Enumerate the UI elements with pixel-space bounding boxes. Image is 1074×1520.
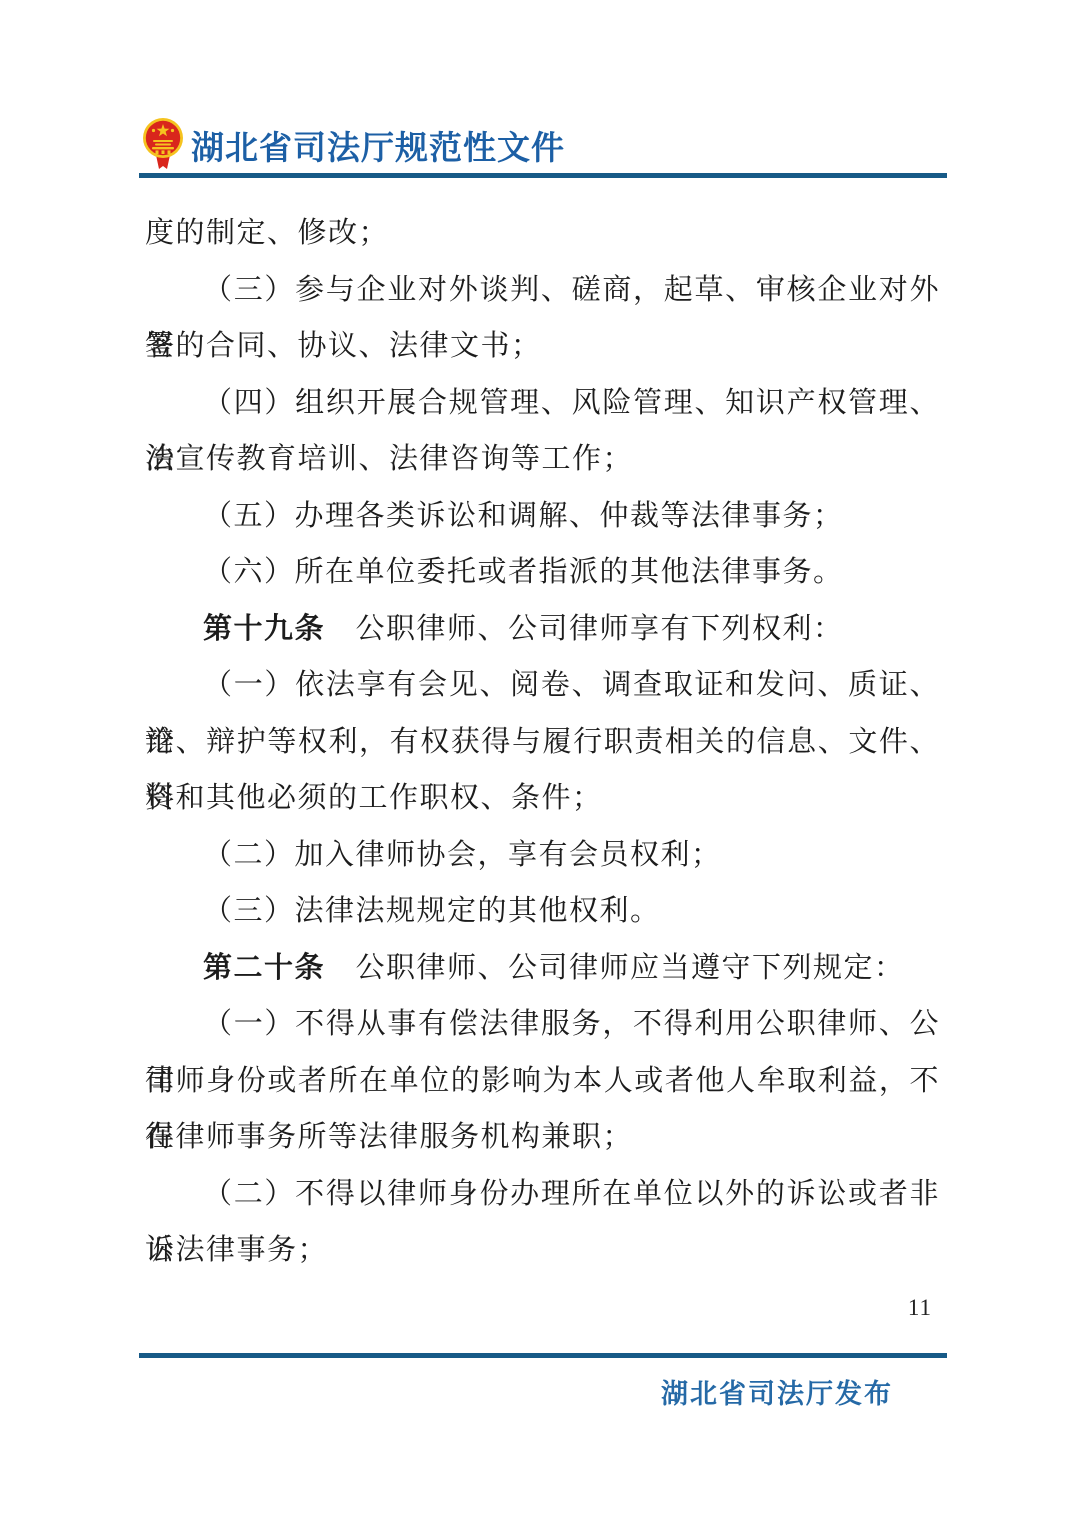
publisher-text: 湖北省司法厅发布: [139, 1372, 893, 1411]
page-title: 湖北省司法厅规范性文件: [191, 122, 565, 169]
document-line: （五）办理各类诉讼和调解、仲裁等法律事务；: [145, 488, 940, 545]
document-page: 湖北省司法厅规范性文件 度的制定、修改；（三）参与企业对外谈判、磋商，起草、审核…: [0, 0, 1074, 1520]
article-number: 第二十条: [203, 952, 325, 984]
document-line: （二）不得以律师身份办理所在单位以外的诉讼或者非诉: [145, 1166, 940, 1223]
document-line: （六）所在单位委托或者指派的其他法律事务。: [145, 544, 940, 601]
document-line: 第二十条 公职律师、公司律师应当遵守下列规定：: [145, 940, 940, 997]
document-line: 在律师事务所等法律服务机构兼职；: [145, 1109, 940, 1166]
document-line: （一）不得从事有偿法律服务，不得利用公职律师、公司: [145, 996, 940, 1053]
document-line: 讼法律事务；: [145, 1222, 940, 1279]
document-line: 律师身份或者所在单位的影响为本人或者他人牟取利益，不得: [145, 1053, 940, 1110]
document-line: 度的制定、修改；: [145, 205, 940, 262]
document-line: （二）加入律师协会，享有会员权利；: [145, 827, 940, 884]
document-header: 湖北省司法厅规范性文件: [142, 116, 565, 174]
document-line: 论、辩护等权利，有权获得与履行职责相关的信息、文件、资: [145, 714, 940, 771]
page-number: 11: [145, 1295, 932, 1321]
document-line: （三）法律法规规定的其他权利。: [145, 883, 940, 940]
article-number: 第十九条: [203, 613, 325, 645]
document-line: 第十九条 公职律师、公司律师享有下列权利：: [145, 601, 940, 658]
document-line: （三）参与企业对外谈判、磋商，起草、审核企业对外签: [145, 262, 940, 319]
document-line: 料和其他必须的工作职权、条件；: [145, 770, 940, 827]
document-line: （一）依法享有会见、阅卷、调查取证和发问、质证、辩: [145, 657, 940, 714]
document-body: 度的制定、修改；（三）参与企业对外谈判、磋商，起草、审核企业对外签署的合同、协议…: [145, 205, 940, 1279]
footer-rule: [139, 1353, 947, 1358]
document-line: （四）组织开展合规管理、风险管理、知识产权管理、法: [145, 375, 940, 432]
china-national-emblem-icon: [142, 117, 184, 173]
document-line: 治宣传教育培训、法律咨询等工作；: [145, 431, 940, 488]
document-line: 署的合同、协议、法律文书；: [145, 318, 940, 375]
header-rule: [139, 173, 947, 178]
